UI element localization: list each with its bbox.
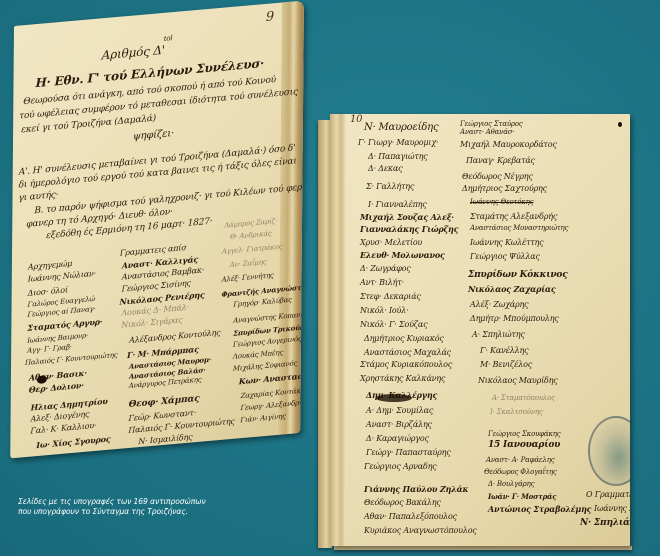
heading-superscript: tol [164,34,173,43]
signature: Ελευθ· Μολωνανος [360,250,445,260]
signature: Μιχαήλ Μαυροκορδάτος [460,140,557,149]
signature: Γεώργ· Παπασταύρης [366,448,451,457]
signature: Ιωάννης Βαιμονρ· [27,332,88,345]
signature: Θεόδωρος Φλογαΐτης [484,468,557,476]
body-line: γι αυτής· [18,190,58,203]
signature: Χρυσ· Μελετίου [360,238,422,247]
signature: Γαλ· Κ· Καλλιου· [30,421,96,436]
ink-spot [618,122,622,127]
signature: Ο Γραμματεύς [586,490,630,499]
signature: Ιωάννης Νώλιαν· [28,269,96,284]
signature: Ιωάννης Κωλέττης [470,238,543,247]
signature: Θεόδωρος Νέγρης [462,172,533,181]
signature: Θεοφ· Χάμπας [129,394,200,410]
signature: Ν· Μαυροείδης [364,122,438,133]
signature: Α· Σταματόπουλος [492,394,555,402]
caption-line-1: Σελίδες με τις υπογραφές των 169 αντιπρο… [18,497,206,507]
signature: Γ· Γιωργ· Μαυρομιχ· [358,138,438,147]
signature: Γιάννης Παύλου Ζηλάκ [364,484,468,494]
signature: Αγγελ· Γιατράκος [222,242,283,255]
signature: Γεώργιος Σκουφάκης [488,430,560,438]
signature: Δημήτρ· Μπούμπουλης [470,314,559,323]
signature: Διοσ· όλοί [28,285,68,298]
signature: Σταματός Αργυρ· [27,316,102,333]
signature: Ηλιας Δημητρίου [31,396,108,413]
right-page-stack-bottom [334,546,632,550]
signature: Μιχαήλ Σουζας Αλεξ· [360,212,454,222]
document-heading: Αριθμός Δ' [102,43,165,63]
caption-line-2: που υπογράφουν το Σύνταγμα της Τροιζήνας… [18,507,206,517]
signature: Νικόλ· Ιούλ· [360,306,408,315]
signature: Αναστάσιος Μαχαλάς [364,348,451,357]
signature: Σπυρίδων Κόκκινος [468,270,568,280]
signature: Ιωάν· Γ· Μοστράς [488,492,556,501]
signature: Αναστ· Αθανάσ· [460,128,514,136]
signature: Νικόλ· Σιγάρας [121,315,182,329]
signature: Αγγ· Γ· Γραβ· [27,343,72,355]
signature: Γεώργιος Αρναδης [364,462,436,471]
signature: Δημήτριος Σαχτούρης [462,184,547,193]
signature: Ν· Σπηλιάδης [580,518,630,528]
signature: Δ· Δεκας [368,164,402,173]
signature: Ιω· Χίος Σγουρος [36,434,110,451]
signature: Αναστάσιος Μοναστηριώτης [470,224,568,232]
signature: Νικόλαος Ζαχαρίας [468,284,556,294]
signature: Λάμπρος Ζαρίζ· [224,217,277,230]
left-page-book-edge [278,1,304,435]
signature: Γ· Κανέλλης [480,346,528,355]
signature: Αθαν· Παπαλεξόπουλος [364,512,457,521]
signature: Γεώργιος Ψύλλας [470,252,540,261]
page-number: 10 [350,114,362,125]
signature: Στεφ· Δεκαριάς [360,292,421,301]
signature: Σταμάτης Αλεξανδρής [470,212,557,221]
ink-seal-stamp [588,416,630,486]
signature: Λουκάς Μπέης [233,348,283,360]
signature: Αλέξ· Γεννήτης [222,271,274,284]
signature: Δ· Καραγιώργος [366,434,429,443]
signature: Α· Σπηλιώτης [472,330,525,339]
signature: Αναστ· Βιρζάλης [366,420,432,429]
signature: Αλέξ· Ζωχάρης [470,300,528,309]
signature: Ιωάννης Θεοτόκης [470,198,533,206]
signature: Χρηστάκης Καλκάνης [360,374,445,383]
signature: Στάμος Κυριακόπουλος [360,360,452,369]
signature: Δ· Παπαγιώτης [368,152,427,161]
signature: Νικόλαος Μαυρίδης [478,376,558,385]
image-caption: Σελίδες με τις υπογραφές των 169 αντιπρο… [18,497,206,517]
signature: Γεώργιος Σταύρος [460,120,523,128]
page-number: 9 [266,9,274,25]
signature: Αντώνιος Στραβολέμης [488,504,591,514]
signature: Αν· Ζαΐμης [230,258,267,269]
signature: Αναστ· Α· Ραφάελης [486,456,554,464]
signature: Ιωάννης Σπηλιωτάκης [594,504,630,513]
signature: Αντ· Βιλήτ· [360,278,404,287]
signature: Νικόλ· Γ· Σούζας [360,320,427,329]
right-page-spine [330,114,346,546]
signature: Ι· Σκαλτσούνης [490,408,543,416]
signature: Θ· Ανδρικάς [230,229,272,241]
signature: Αρχηγεμώμ [28,259,72,272]
manuscript-left-page: 9 Αριθμός Δ' tol Η· Εθν. Γ' τού Ελλήνων … [10,1,304,459]
signature: Α· Δημ· Σουμίλας [366,406,433,415]
signature: Παναγ· Κρεβατάς [466,156,535,165]
signature: Δ· Ζωγράφος [360,264,411,273]
signature: Κυριάκος Αναγνωστόπουλος [364,526,477,535]
body-line: ψηφίζει· [133,128,174,143]
signature: Δημήτριος Κυριακός [364,334,444,343]
signature: Δ· Βουλγάρης [488,480,534,488]
signature: Ι· Γιανναλέπης [368,200,427,209]
signature: Θεόδωρος Βακάλης [364,498,441,507]
signature: Σ· Γαλλήτης [366,182,414,191]
signature: Γιανναλάκης Γιώρζης [360,224,458,234]
manuscript-right-page: 10 Ν· Μαυροείδης Γ· Γιωργ· Μαυρομιχ· Δ· … [330,114,630,546]
signature: Αλέξανδρος Κοντούλης [129,328,220,345]
signature: Μ· Βενιζέλος [480,360,532,369]
ink-blot [376,394,412,402]
signature: 15 Ιανουαρίου [488,440,560,450]
